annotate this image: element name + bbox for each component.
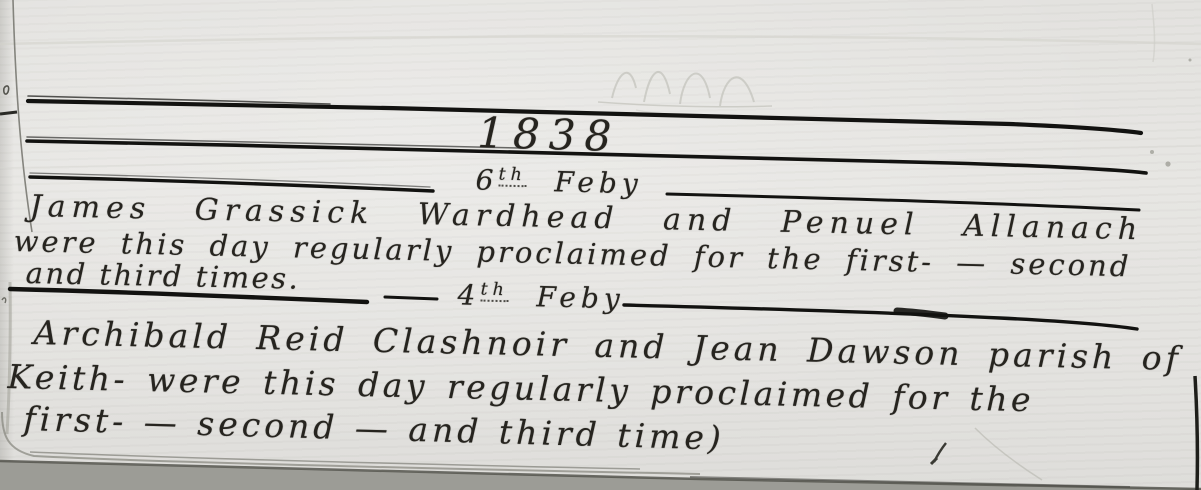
entry-1-line-3: and third times.: [25, 259, 300, 294]
entry-1-date: 6th Feby: [475, 166, 643, 198]
entry-1-date-month: Feby: [554, 165, 643, 200]
paper-specks: [1150, 59, 1192, 167]
page-edge-right: [1195, 376, 1197, 490]
year-heading: 1838: [477, 112, 621, 158]
entry-1-date-suffix: th: [498, 165, 527, 188]
entry-2-date: 4th Feby: [457, 281, 625, 313]
entry-2-date-day: 4: [457, 278, 481, 312]
pen-mark: [931, 428, 1042, 480]
entry-2-date-month: Feby: [536, 280, 625, 315]
entry-2-date-suffix: th: [480, 280, 509, 303]
pencil-marks: [598, 72, 772, 116]
entry-1-date-day: 6: [475, 163, 499, 197]
register-scan-page: 1838 6th Feby James Grassick Wardhead an…: [0, 0, 1201, 490]
